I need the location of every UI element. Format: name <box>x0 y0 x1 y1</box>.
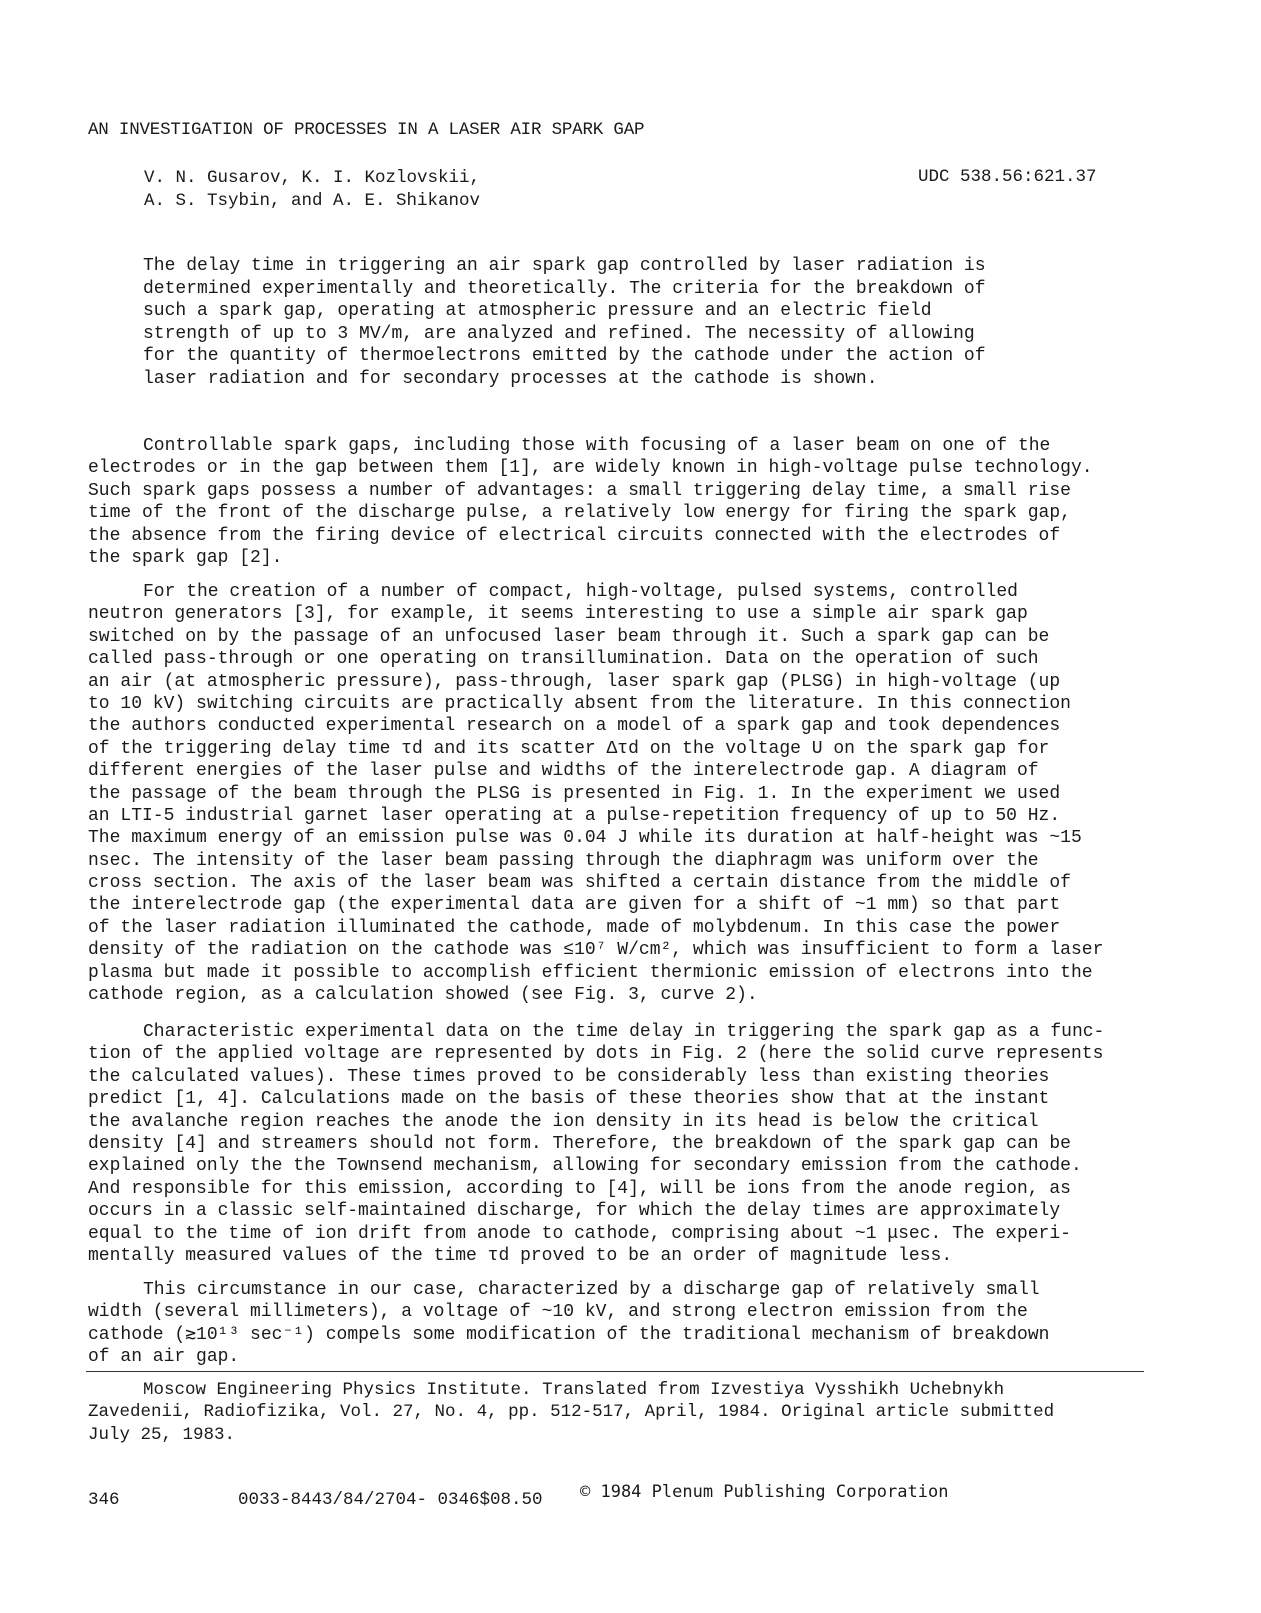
copyright-notice: © 1984 Plenum Publishing Corporation <box>580 1482 948 1502</box>
body-line: the absence from the firing device of el… <box>88 525 1093 547</box>
body-line: nsec. The intensity of the laser beam pa… <box>88 850 1103 872</box>
body-line: the authors conducted experimental resea… <box>88 715 1103 737</box>
abstract-line: The delay time in triggering an air spar… <box>143 255 986 278</box>
body-line: This circumstance in our case, character… <box>88 1279 1049 1301</box>
body-line: equal to the time of ion drift from anod… <box>88 1223 1104 1245</box>
body-line: predict [1, 4]. Calculations made on the… <box>88 1088 1104 1110</box>
footnote-line: July 25, 1983. <box>88 1424 1054 1446</box>
body-paragraph: This circumstance in our case, character… <box>88 1279 1049 1369</box>
abstract-line: determined experimentally and theoretica… <box>143 278 986 301</box>
body-line: called pass-through or one operating on … <box>88 648 1103 670</box>
body-line: the passage of the beam through the PLSG… <box>88 783 1103 805</box>
body-line: width (several millimeters), a voltage o… <box>88 1301 1049 1323</box>
body-paragraph: Characteristic experimental data on the … <box>88 1021 1104 1267</box>
abstract-line: laser radiation and for secondary proces… <box>143 368 986 391</box>
body-line: switched on by the passage of an unfocus… <box>88 626 1103 648</box>
body-line: cross section. The axis of the laser bea… <box>88 872 1103 894</box>
body-line: cathode (≳10¹³ sec⁻¹) compels some modif… <box>88 1324 1049 1346</box>
body-line: the avalanche region reaches the anode t… <box>88 1111 1104 1133</box>
body-line: density [4] and streamers should not for… <box>88 1133 1104 1155</box>
body-line: time of the front of the discharge pulse… <box>88 502 1093 524</box>
body-line: plasma but made it possible to accomplis… <box>88 962 1103 984</box>
body-line: occurs in a classic self-maintained disc… <box>88 1200 1104 1222</box>
document-page: AN INVESTIGATION OF PROCESSES IN A LASER… <box>0 0 1261 1613</box>
footnote-line: Moscow Engineering Physics Institute. Tr… <box>88 1379 1054 1401</box>
body-line: neutron generators [3], for example, it … <box>88 603 1103 625</box>
body-line: Controllable spark gaps, including those… <box>88 435 1093 457</box>
body-line: of an air gap. <box>88 1346 1049 1368</box>
body-line: density of the radiation on the cathode … <box>88 939 1103 961</box>
body-line: electrodes or in the gap between them [1… <box>88 457 1093 479</box>
body-line: tion of the applied voltage are represen… <box>88 1043 1104 1065</box>
abstract: The delay time in triggering an air spar… <box>143 255 986 390</box>
footnote-line: Zavedenii, Radiofizika, Vol. 27, No. 4, … <box>88 1401 1054 1423</box>
body-line: explained only the the Townsend mechanis… <box>88 1155 1104 1177</box>
body-line: the calculated values). These times prov… <box>88 1066 1104 1088</box>
article-code: 0033-8443/84/2704- 0346$08.50 <box>238 1490 543 1510</box>
body-line: Such spark gaps possess a number of adva… <box>88 480 1093 502</box>
body-line: Characteristic experimental data on the … <box>88 1021 1104 1043</box>
page-number: 346 <box>88 1490 120 1510</box>
body-line: different energies of the laser pulse an… <box>88 760 1103 782</box>
body-line: mentally measured values of the time τd … <box>88 1245 1104 1267</box>
body-line: cathode region, as a calculation showed … <box>88 984 1103 1006</box>
body-paragraph: For the creation of a number of compact,… <box>88 581 1103 1006</box>
body-line: And responsible for this emission, accor… <box>88 1178 1104 1200</box>
paper-title: AN INVESTIGATION OF PROCESSES IN A LASER… <box>88 120 644 140</box>
body-paragraph: Controllable spark gaps, including those… <box>88 435 1093 569</box>
body-line: the spark gap [2]. <box>88 547 1093 569</box>
abstract-line: such a spark gap, operating at atmospher… <box>143 300 986 323</box>
body-line: to 10 kV) switching circuits are practic… <box>88 693 1103 715</box>
body-line: For the creation of a number of compact,… <box>88 581 1103 603</box>
footnote-separator <box>86 1371 1144 1372</box>
abstract-line: strength of up to 3 MV/m, are analyzed a… <box>143 323 986 346</box>
body-line: of the laser radiation illuminated the c… <box>88 917 1103 939</box>
body-line: of the triggering delay time τd and its … <box>88 738 1103 760</box>
author-list: V. N. Gusarov, K. I. Kozlovskii, A. S. T… <box>144 167 480 213</box>
author-line: V. N. Gusarov, K. I. Kozlovskii, <box>144 167 480 190</box>
body-line: an LTI-5 industrial garnet laser operati… <box>88 805 1103 827</box>
udc-classification: UDC 538.56:621.37 <box>918 167 1097 187</box>
body-line: an air (at atmospheric pressure), pass-t… <box>88 671 1103 693</box>
footnote: Moscow Engineering Physics Institute. Tr… <box>88 1379 1054 1446</box>
body-line: The maximum energy of an emission pulse … <box>88 827 1103 849</box>
author-line: A. S. Tsybin, and A. E. Shikanov <box>144 190 480 213</box>
abstract-line: for the quantity of thermoelectrons emit… <box>143 345 986 368</box>
body-line: the interelectrode gap (the experimental… <box>88 894 1103 916</box>
